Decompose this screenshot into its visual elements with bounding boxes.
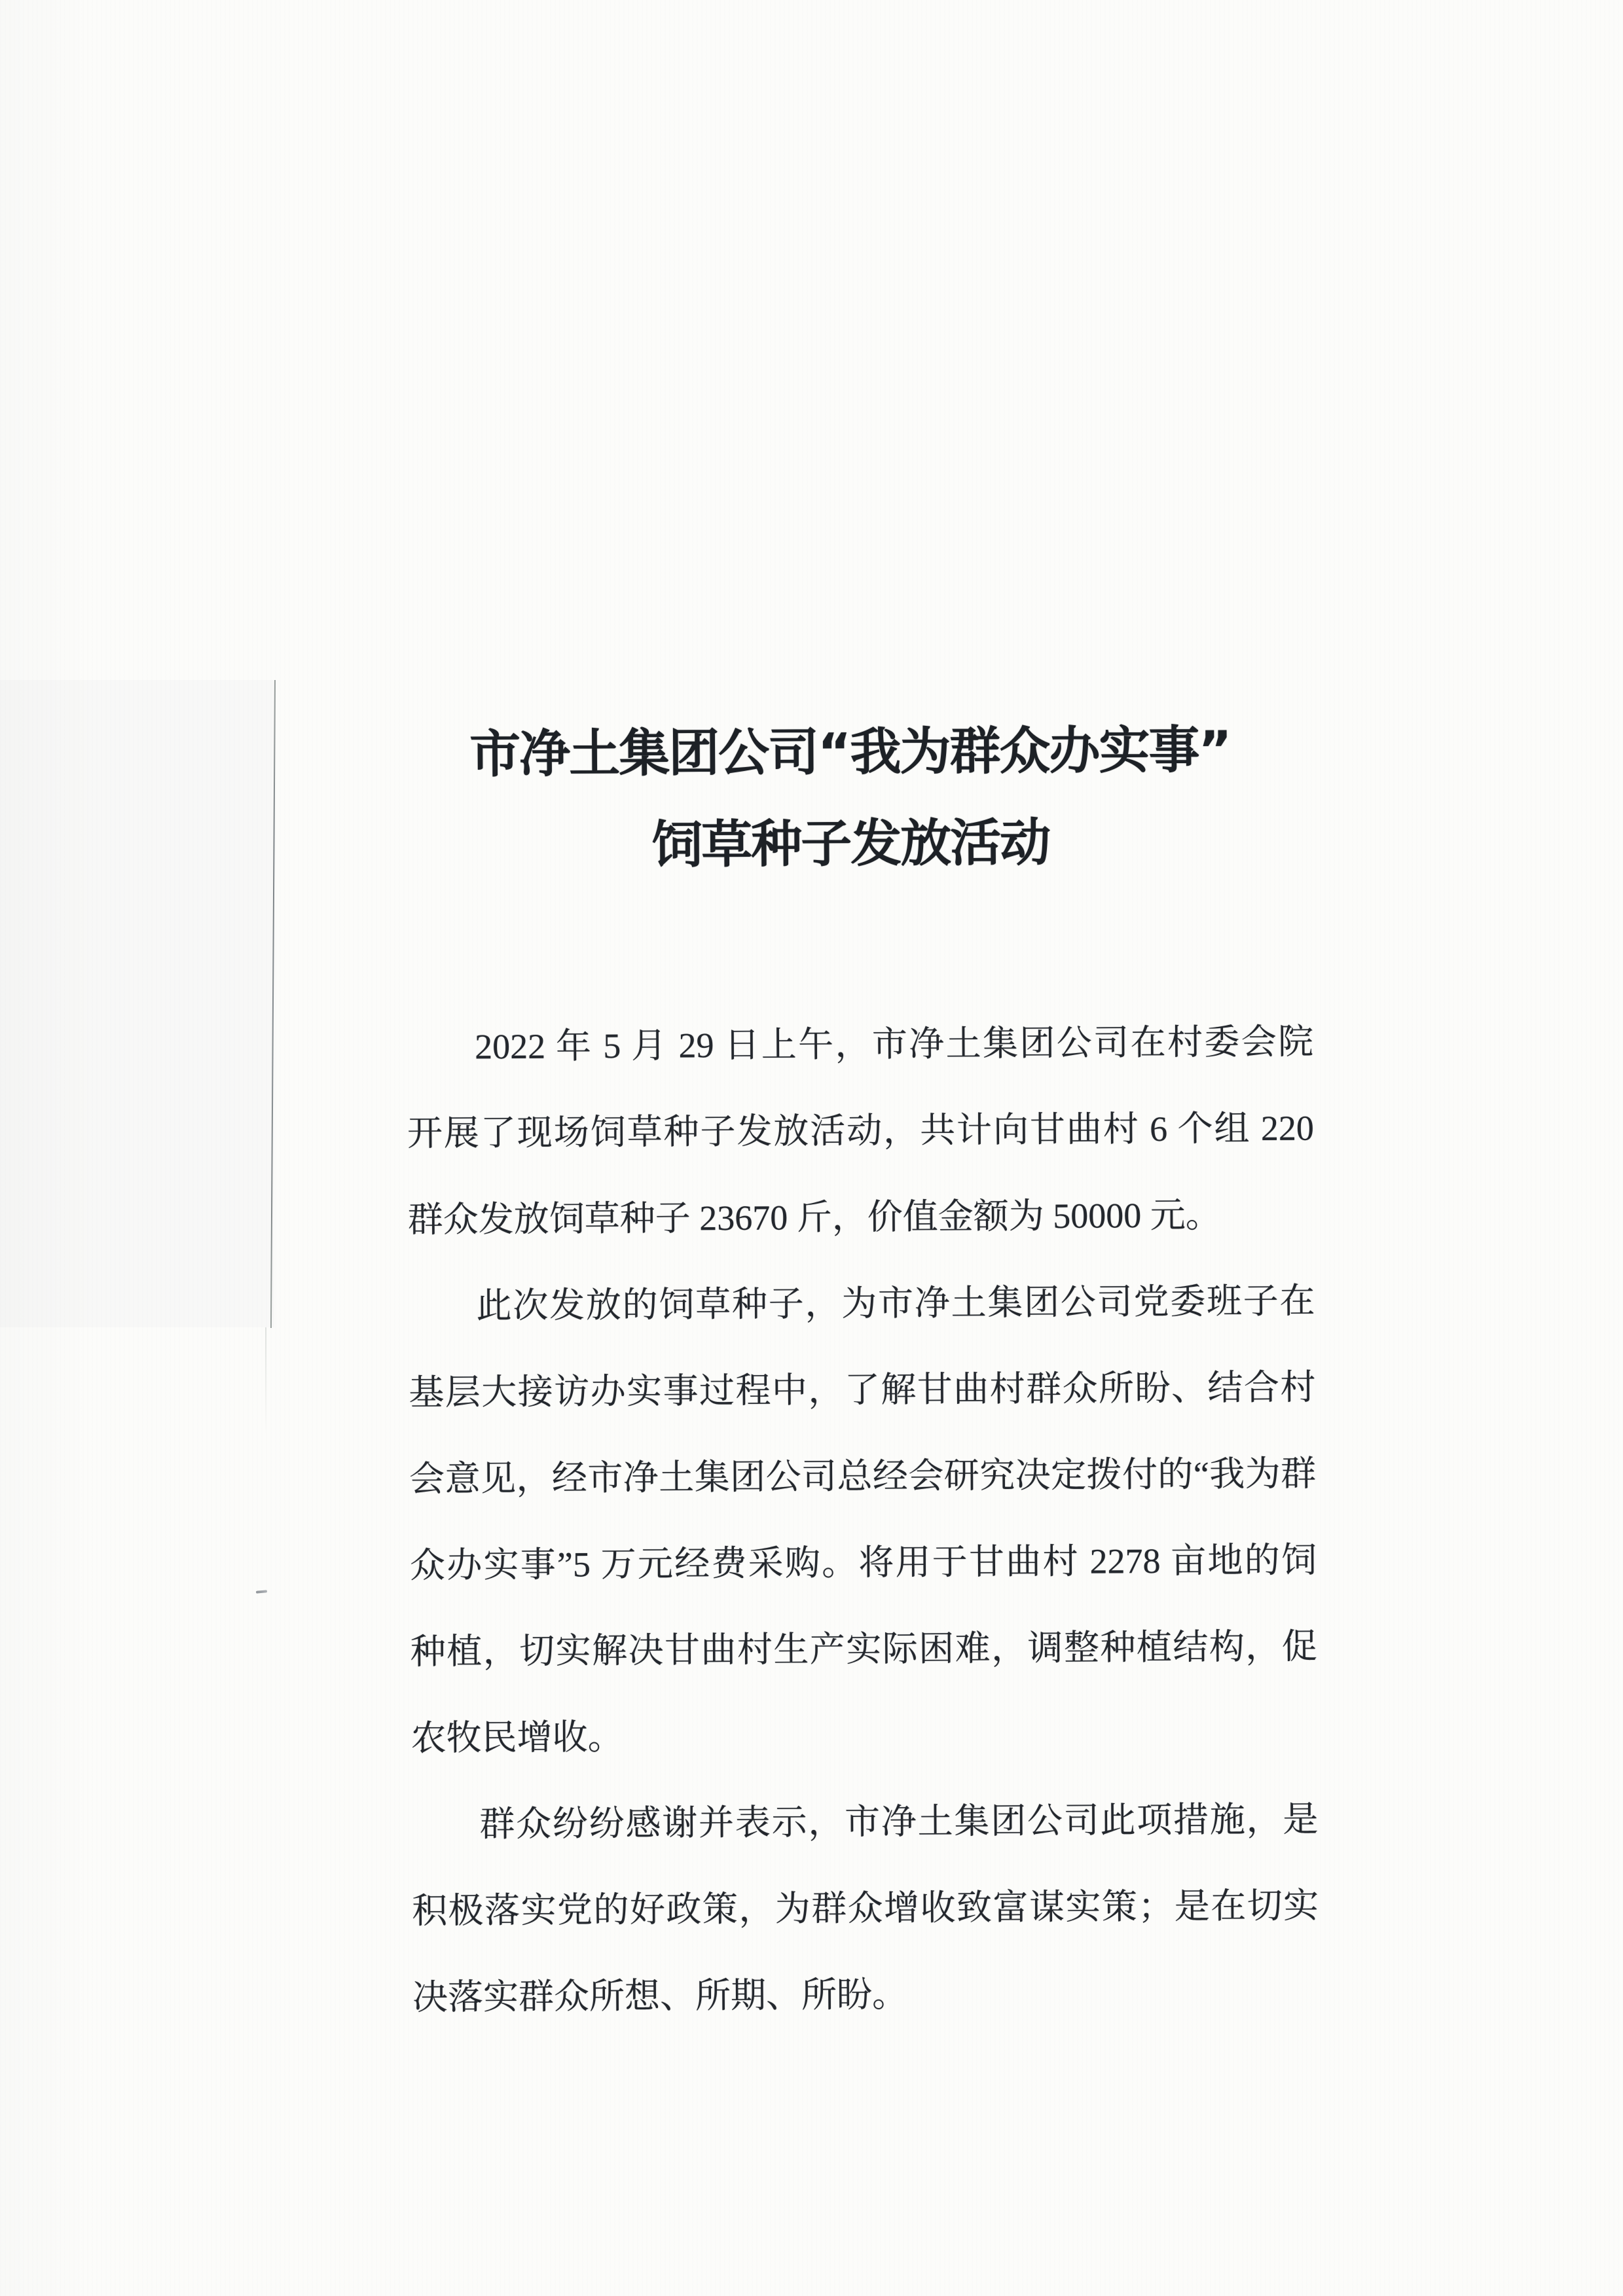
document-content: 市净土集团公司“我为群众办实事” 饲草种子发放活动 2022 年 5 月 29 … xyxy=(405,704,1319,2041)
document-title: 市净土集团公司“我为群众办实事” 饲草种子发放活动 xyxy=(388,704,1313,893)
body-line: 决落实群众所想、所期、所盼。 xyxy=(412,1949,1320,2041)
title-line-2: 饲草种子发放活动 xyxy=(389,796,1313,893)
body-line: 会意见，经市净土集团公司总经会研究决定拨付的“我为群 xyxy=(409,1431,1317,1522)
body-line: 积极落实党的好政策，为群众增收致富谋实策；是在切实解 xyxy=(412,1863,1319,1954)
scan-artifact-dash xyxy=(256,1590,267,1593)
body-line: 2022 年 5 月 29 日上午，市净土集团公司在村委会院内 xyxy=(407,999,1314,1090)
scan-underpage-tint xyxy=(0,680,274,1327)
title-line-1: 市净土集团公司“我为群众办实事” xyxy=(388,704,1312,802)
scanned-document-page: 市净土集团公司“我为群众办实事” 饲草种子发放活动 2022 年 5 月 29 … xyxy=(0,0,1623,2296)
body-line: 众办实事”5 万元经费采购。将用于甘曲村 2278 亩地的饲草 xyxy=(410,1517,1317,1609)
document-body: 2022 年 5 月 29 日上午，市净土集团公司在村委会院内开展了现场饲草种子… xyxy=(407,999,1320,2041)
scan-artifact-vertical-line-ghost xyxy=(265,1327,266,1435)
body-line: 种植，切实解决甘曲村生产实际困难，调整种植结构，促进 xyxy=(410,1604,1317,1695)
body-line: 基层大接访办实事过程中，了解甘曲村群众所盼、结合村委 xyxy=(409,1344,1316,1436)
body-line: 群众发放饲草种子 23670 斤，价值金额为 50000 元。 xyxy=(407,1172,1315,1263)
body-line: 农牧民增收。 xyxy=(410,1690,1318,1782)
body-line: 开展了现场饲草种子发放活动，共计向甘曲村 6 个组 220 户 xyxy=(407,1085,1315,1177)
body-line: 此次发放的饲草种子，为市净土集团公司党委班子在下 xyxy=(408,1258,1315,1350)
body-line: 群众纷纷感谢并表示，市净土集团公司此项措施，是在 xyxy=(411,1776,1319,1868)
